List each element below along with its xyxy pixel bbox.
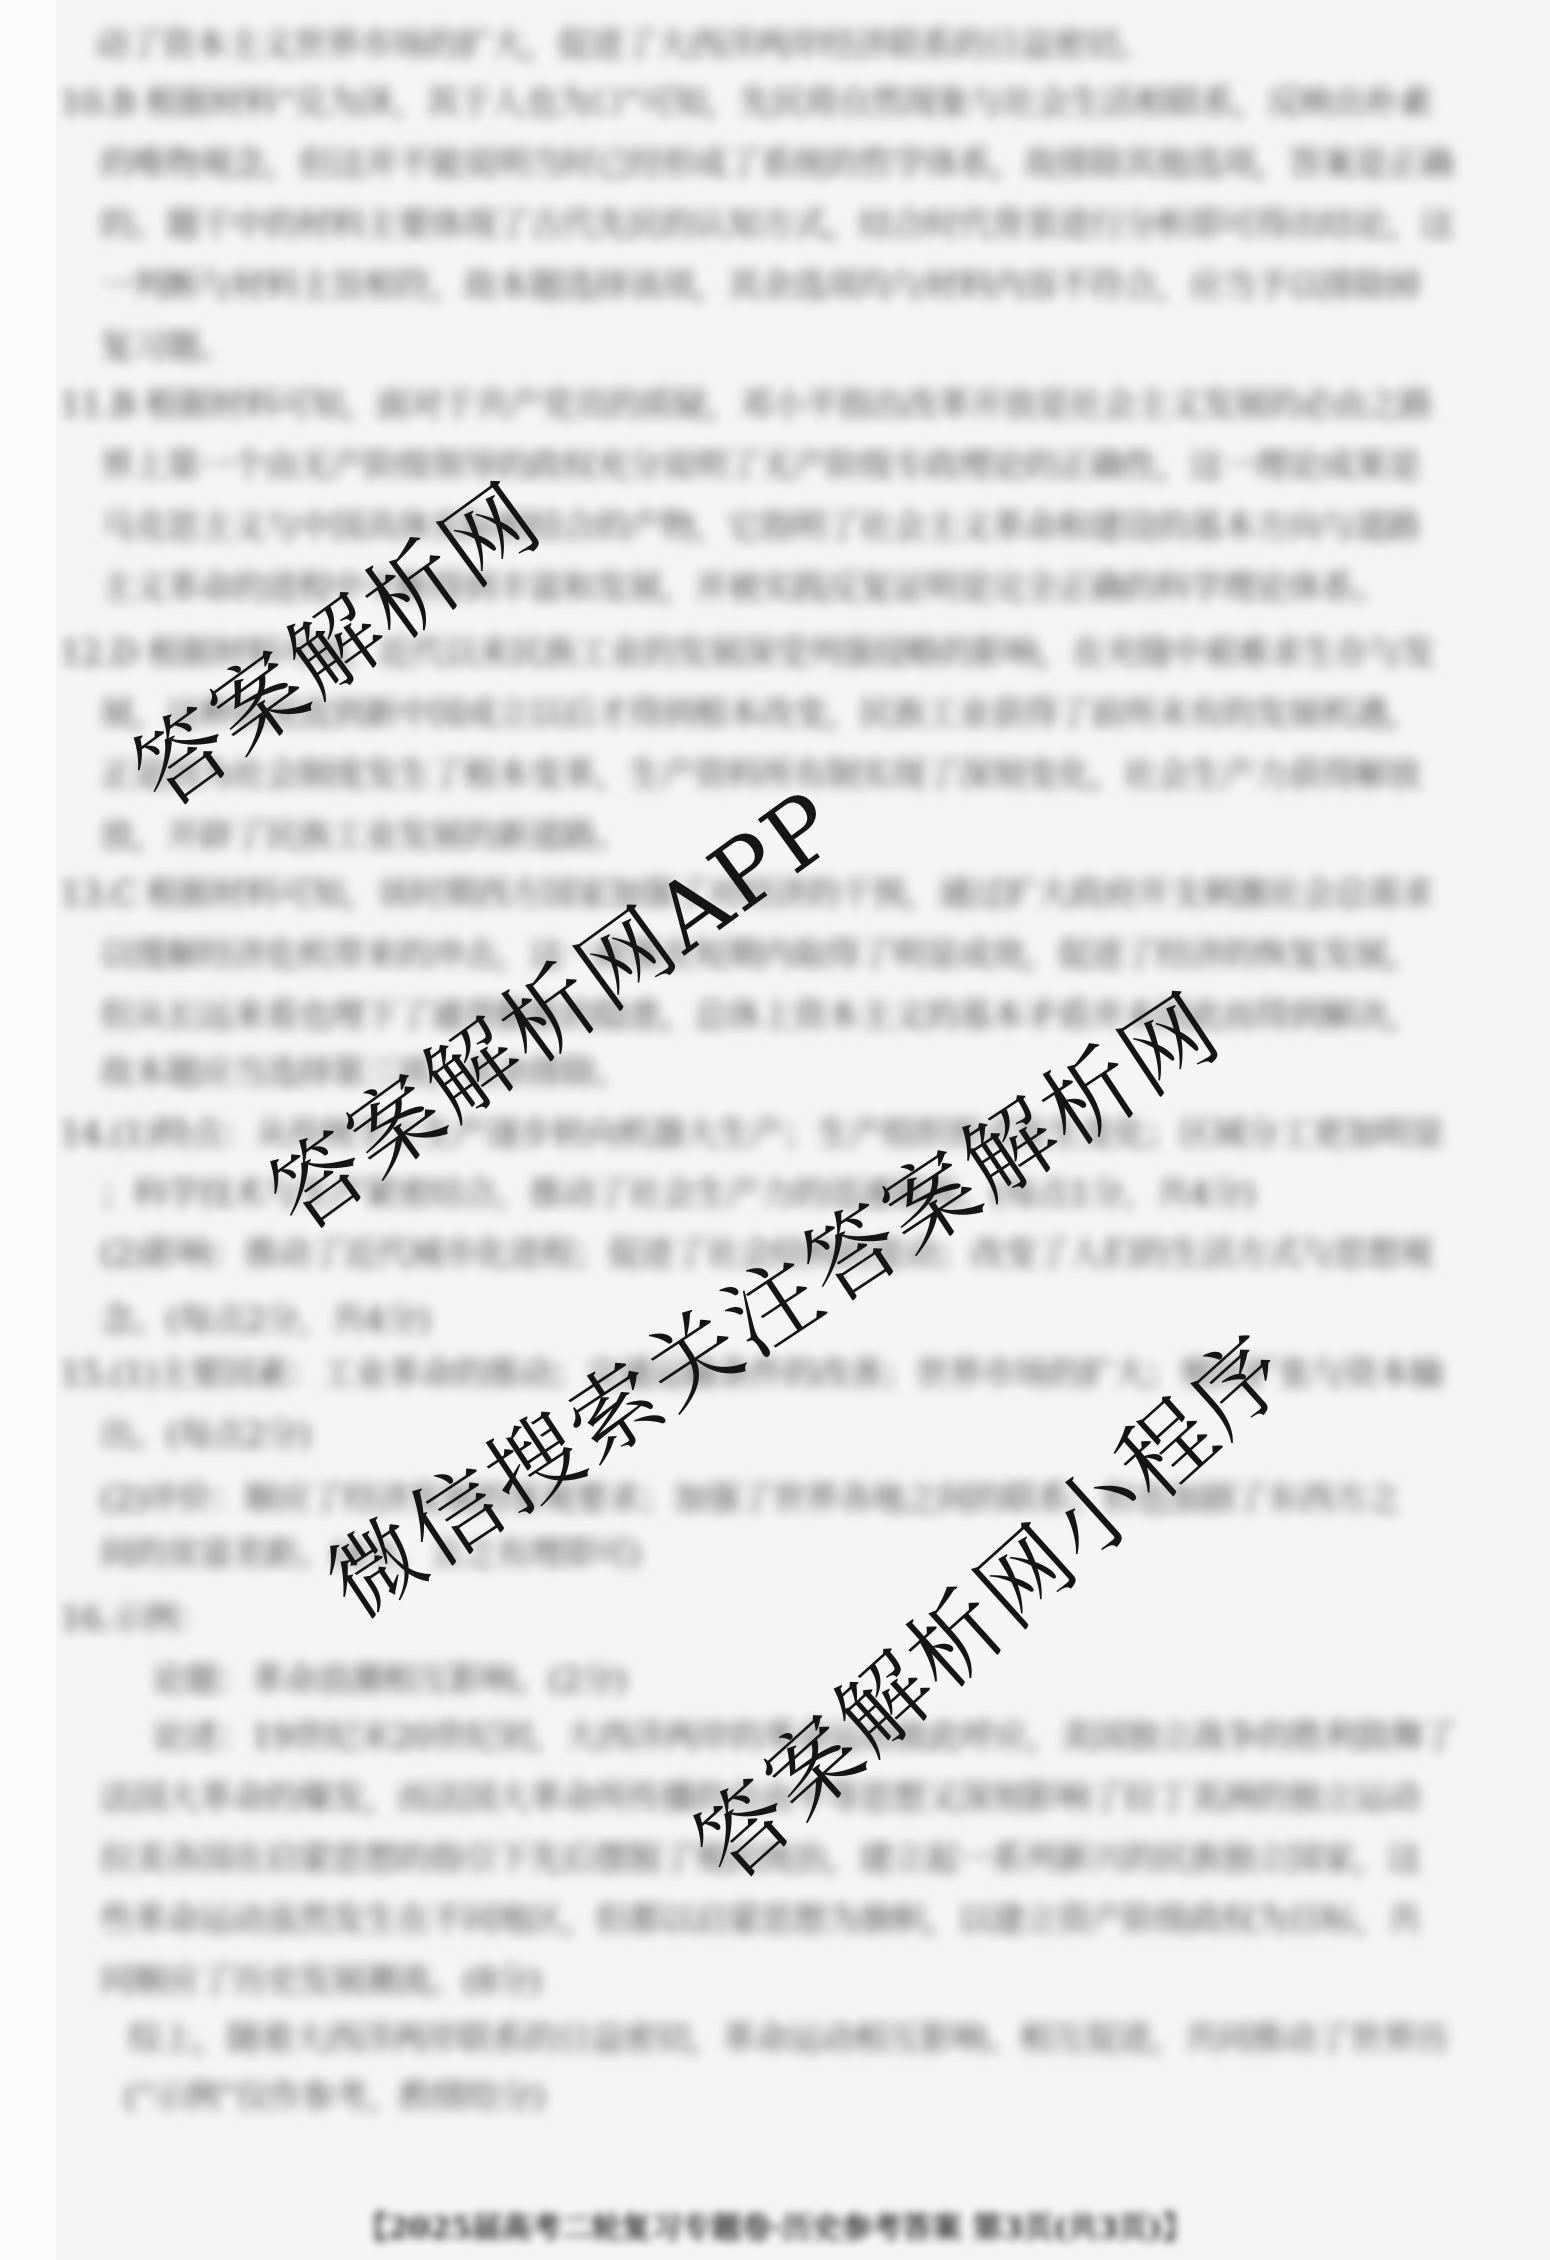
answer-text-line: 马克思主义与中国具体实际相结合的产物，它指明了社会主义革命和建设的基本方向与道路 (100, 510, 1420, 544)
answer-text-line: 出。(每点2分) (100, 1418, 310, 1452)
page-footer: 【2025届高考二轮复习专题卷·历史参考答案 第3页(共3页)】 (0, 2203, 1550, 2247)
answer-text-line: 复习题。 (100, 330, 232, 364)
answer-text-line: (“示例”仅作参考，酌情给分) (124, 2080, 544, 2114)
page-left-margin (0, 0, 56, 2260)
answer-text-line: 16.示例： (60, 1602, 210, 1636)
answer-text-line: 但从长远来看也埋下了通货膨胀的隐患，总体上资本主义的基本矛盾并未因此而得到解决， (100, 999, 1420, 1033)
answer-text-line: 以缓解经济危机带来的冲击，这一政策在短期内取得了明显成效，促进了经济的恢复发展， (100, 938, 1420, 972)
answer-text-line: 综上，随着大西洋两岸联系的日益密切，革命运动相互影响、相互促进，共同推动了世界历 (128, 2022, 1448, 2056)
answer-text-line: 同顺应了历史发展潮流。(8分) (100, 1964, 541, 1998)
answer-text-line: 10.B 根据材料“兑为泽，其于人也为口”可知，先民将自然现象与社会生活相联系，… (60, 86, 1432, 120)
answer-text-line: 一判断与材料主旨相符，故本题选择该项，其余选项均与材料内容不符合，应当予以排除掉 (100, 269, 1420, 303)
document-page: 动了资本主义世界市场的扩大，促进了大西洋两岸经济联系的日益密切。10.B 根据材… (0, 0, 1550, 2260)
answer-text-line: 动了资本主义世界市场的扩大，促进了大西洋两岸经济联系的日益密切。 (95, 28, 1151, 62)
answer-text-line: 11.B 根据材料可知，面对于共产党员的质疑，邓小平指出改革开放是社会主义发展的… (60, 388, 1432, 422)
answer-text-line: 界上第一个由无产阶级领导的政权充分说明了无产阶级专政理论的正确性，这一理论成果是 (100, 449, 1420, 483)
answer-text-line: 些革命运动虽然发生在不同地区，但都以启蒙思想为旗帜，以建立资产阶级政权为目标，共 (100, 1903, 1420, 1937)
answer-text-line: 念。(每点2分，共4分) (100, 1303, 430, 1337)
answer-text-line: 的唯物观念，但这并不能说明当时已经形成了系统的哲学体系，故排除其他选项，答案是正… (100, 147, 1453, 181)
answer-text-line: 论题：革命浪潮相互影响。(2分) (152, 1663, 626, 1697)
answer-text-line: 的。题干中的材料主要体现了古代先民的认知方式，结合时代背景进行分析即可得出结论，… (100, 208, 1453, 242)
